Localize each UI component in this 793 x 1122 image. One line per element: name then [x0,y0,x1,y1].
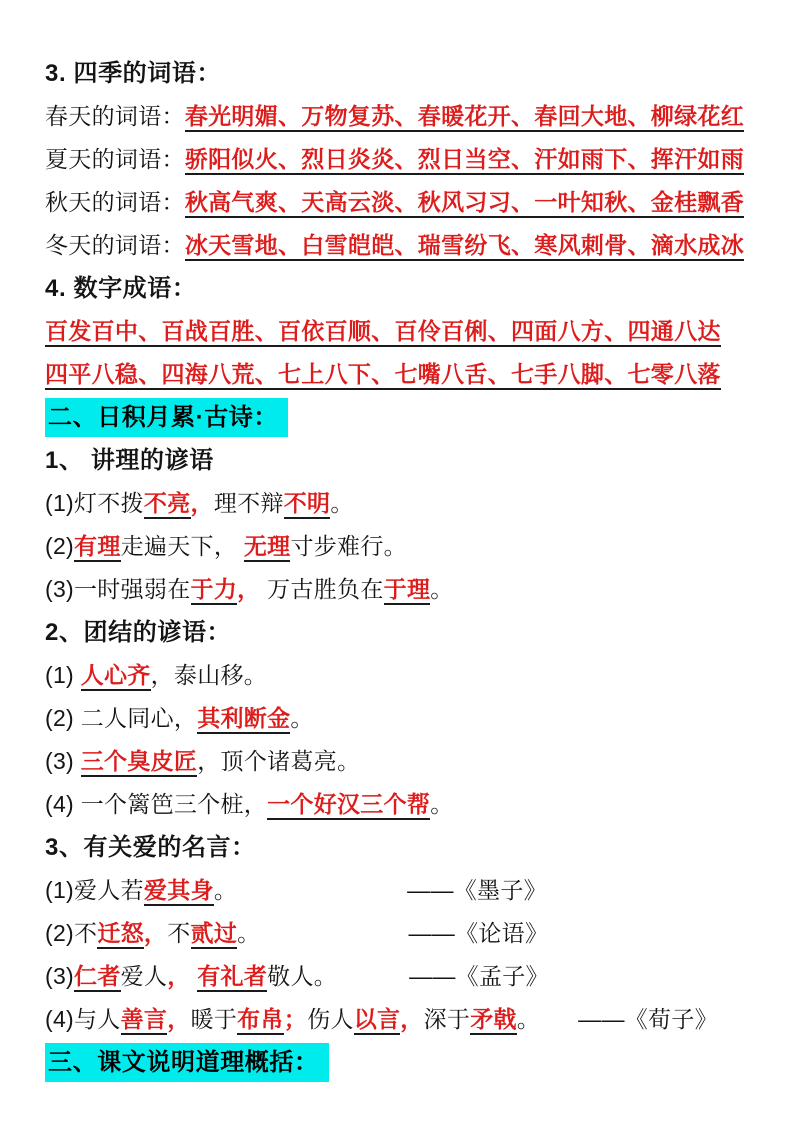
gap-spacer [260,940,408,941]
text-segment: 。 [330,490,353,516]
text-segment: (2)不 [45,920,97,946]
red-underlined-term: 百发百中、百战百胜、百依百顺、百伶百俐、四面八方、四通八达 [45,318,721,347]
text-segment: 秋天的词语： [45,189,185,215]
text-segment: 。 [290,705,313,731]
gap-spacer [540,1026,578,1027]
text-segment: ，泰山移。 [151,662,268,688]
red-underlined-term: 冰天雪地、白雪皑皑、瑞雪纷飞、寒风刺骨、滴水成冰 [185,232,744,261]
spring-words-line: 春天的词语：春光明媚、万物复苏、春暖花开、春回大地、柳绿花红 [45,95,749,138]
red-underlined-term: 四平八稳、四海八荒、七上八下、七嘴八舌、七手八脚、七零八落 [45,361,721,390]
text-segment: 敬人。 [267,963,337,989]
text-segment: ——《墨子》 [407,877,547,903]
text-segment: (3) [45,748,81,774]
text-segment: ，顶个诸葛亮。 [197,748,360,774]
document-page: 3. 四季的词语：春天的词语：春光明媚、万物复苏、春暖花开、春回大地、柳绿花红夏… [0,0,793,1122]
text-segment: ， [167,963,190,989]
text-segment: ； [284,1006,307,1032]
text-segment: (2) 二人同心， [45,705,197,731]
red-underlined-term: 一个好汉三个帮 [267,791,430,820]
text-segment: ， [167,1006,190,1032]
red-underlined-term: 春光明媚、万物复苏、春暖花开、春回大地、柳绿花红 [185,103,744,132]
text-segment: 冬天的词语： [45,232,185,258]
text-segment: ， [237,576,260,602]
text-segment: 寸步难行。 [290,533,407,559]
highlighted-section-heading: 二、日积月累·古诗： [45,398,288,437]
heading-number-idioms: 4. 数字成语： [45,267,749,310]
text-segment: 伤人 [307,1006,354,1032]
text-segment: ， [191,490,214,516]
heading-text: 3. 四季的词语： [45,60,221,87]
red-underlined-term: 秋高气爽、天高云淡、秋风习习、一叶知秋、金桂飘香 [185,189,744,218]
red-underlined-term: 布帛 [237,1006,284,1035]
text-segment: 夏天的词语： [45,146,185,172]
autumn-words-line: 秋天的词语：秋高气爽、天高云淡、秋风习习、一叶知秋、金桂飘香 [45,181,749,224]
text-segment: 走遍天下， [121,533,244,559]
number-idioms-line-2: 四平八稳、四海八荒、七上八下、七嘴八舌、七手八脚、七零八落 [45,353,749,396]
red-underlined-term: 迁怒 [97,920,144,949]
red-underlined-term: 三个臭皮匠 [81,748,198,777]
text-segment: ， [400,1006,423,1032]
unity-proverb-4: (4) 一个篱笆三个桩，一个好汉三个帮。 [45,783,749,826]
text-segment: 。 [237,920,260,946]
text-segment: ——《孟子》 [409,963,549,989]
red-underlined-term: 矛戟 [470,1006,517,1035]
text-segment: (4)与人 [45,1006,121,1032]
red-underlined-term: 骄阳似火、烈日炎炎、烈日当空、汗如雨下、挥汗如雨 [185,146,744,175]
gap-spacer [237,897,407,898]
red-underlined-term: 爱其身 [144,877,214,906]
text-segment: 。 [430,576,453,602]
text-segment: (4) 一个篱笆三个桩， [45,791,267,817]
red-underlined-term: 仁者 [74,963,121,992]
text-segment: (3)一时强弱在 [45,576,191,602]
text-segment: (1)灯不拨 [45,490,144,516]
text-segment: 万古胜负在 [260,576,383,602]
text-segment: 深于 [424,1006,471,1032]
love-quote-1: (1)爱人若爱其身。——《墨子》 [45,869,749,912]
winter-words-line: 冬天的词语：冰天雪地、白雪皑皑、瑞雪纷飞、寒风刺骨、滴水成冰 [45,224,749,267]
red-underlined-term: 于力 [191,576,238,605]
section-2-heading: 二、日积月累·古诗： [45,396,749,439]
text-segment: 。 [430,791,453,817]
heading-text: 4. 数字成语： [45,275,196,302]
love-quote-2: (2)不迁怒，不贰过。——《论语》 [45,912,749,955]
red-underlined-term: 无理 [244,533,291,562]
red-underlined-term: 其利断金 [197,705,290,734]
text-segment: 春天的词语： [45,103,185,129]
summer-words-line: 夏天的词语：骄阳似火、烈日炎炎、烈日当空、汗如雨下、挥汗如雨 [45,138,749,181]
heading-seasons-words: 3. 四季的词语： [45,52,749,95]
unity-proverb-3: (3) 三个臭皮匠，顶个诸葛亮。 [45,740,749,783]
reason-proverb-1: (1)灯不拨不亮，理不辩不明。 [45,482,749,525]
reason-proverb-3: (3)一时强弱在于力， 万古胜负在于理。 [45,568,749,611]
unity-proverb-2: (2) 二人同心，其利断金。 [45,697,749,740]
red-underlined-term: 有礼者 [197,963,267,992]
heading-reason-proverbs: 1、 讲理的谚语 [45,439,749,482]
text-segment: ——《荀子》 [578,1006,718,1032]
text-segment: (1) [45,662,81,688]
love-quote-3: (3)仁者爱人， 有礼者敬人。——《孟子》 [45,955,749,998]
number-idioms-line-1: 百发百中、百战百胜、百依百顺、百伶百俐、四面八方、四通八达 [45,310,749,353]
red-underlined-term: 不明 [284,490,331,519]
red-underlined-term: 人心齐 [81,662,151,691]
text-segment: 。 [214,877,237,903]
red-underlined-term: 于理 [384,576,431,605]
text-segment: (1)爱人若 [45,877,144,903]
reason-proverb-2: (2)有理走遍天下， 无理寸步难行。 [45,525,749,568]
highlighted-section-heading: 三、课文说明道理概括： [45,1043,329,1082]
text-segment: ， [144,920,167,946]
unity-proverb-1: (1) 人心齐，泰山移。 [45,654,749,697]
text-segment: (2) [45,533,74,559]
text-segment: 理不辩 [214,490,284,516]
heading-text: 3、有关爱的名言： [45,834,256,861]
heading-text: 2、团结的谚语： [45,619,231,646]
text-segment: (3) [45,963,74,989]
text-segment: ——《论语》 [408,920,548,946]
section-3-heading: 三、课文说明道理概括： [45,1041,749,1084]
text-segment: 。 [517,1006,540,1032]
text-segment: 不 [167,920,190,946]
red-underlined-term: 善言 [121,1006,168,1035]
red-underlined-term: 以言 [354,1006,401,1035]
heading-unity-proverbs: 2、团结的谚语： [45,611,749,654]
gap-spacer [337,983,409,984]
heading-love-quotes: 3、有关爱的名言： [45,826,749,869]
red-underlined-term: 不亮 [144,490,191,519]
red-underlined-term: 贰过 [191,920,238,949]
text-segment: 暖于 [191,1006,238,1032]
heading-text: 1、 讲理的谚语 [45,447,214,474]
love-quote-4: (4)与人善言，暖于布帛；伤人以言，深于矛戟。——《荀子》 [45,998,749,1041]
red-underlined-term: 有理 [74,533,121,562]
text-segment: 爱人 [121,963,168,989]
